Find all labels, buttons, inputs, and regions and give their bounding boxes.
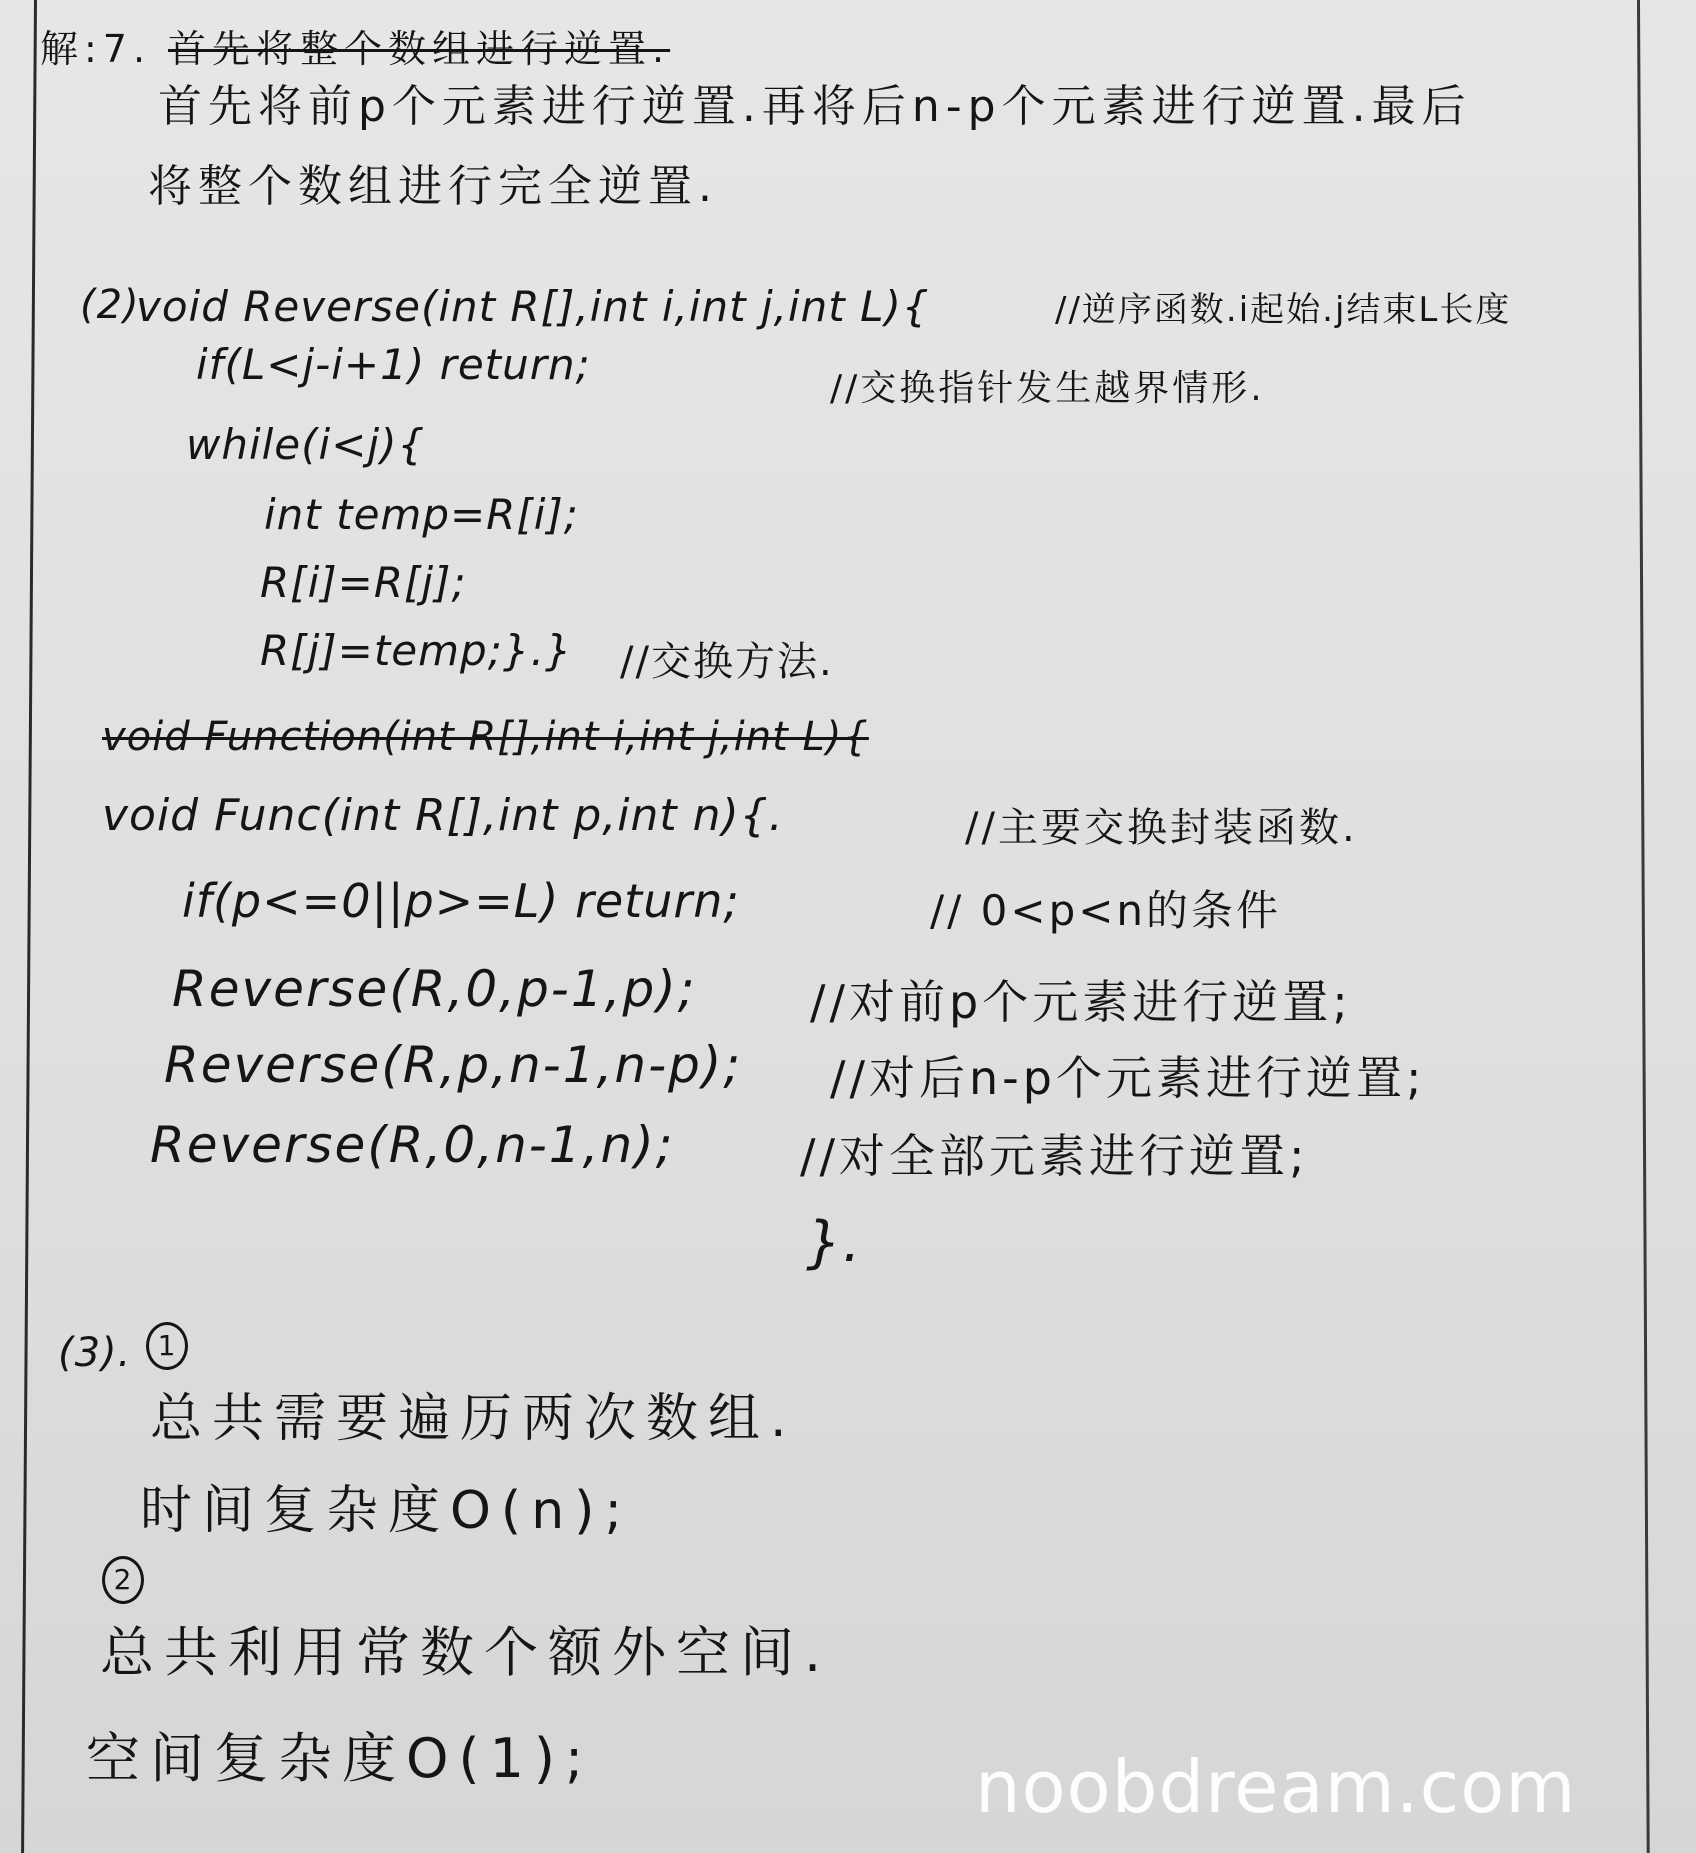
circled-number-1: 1 xyxy=(146,1322,188,1370)
bounds-check-comment: //交换指针发生越界情形. xyxy=(830,360,1265,411)
part1-explanation: 总共需要遍历两次数组. xyxy=(150,1376,797,1451)
part2-marker: 2 xyxy=(102,1556,144,1604)
part2-explanation: 总共利用常数个额外空间. xyxy=(100,1610,831,1687)
circled-number-2: 2 xyxy=(102,1556,144,1604)
q2-label: (2) xyxy=(80,282,140,328)
site-watermark: noobdream.com xyxy=(975,1745,1576,1829)
func-bounds-check: if(p<=0||p>=L) return; xyxy=(182,874,740,928)
reverse-call-first-p: Reverse(R,0,p-1,p); xyxy=(172,960,697,1018)
func-signature: void Func(int R[],int p,int n){. xyxy=(102,790,784,841)
answer-label: 解:7. xyxy=(40,18,151,73)
reverse-call-all-comment: //对全部元素进行逆置; xyxy=(800,1120,1309,1186)
while-loop-line: while(i<j){ xyxy=(186,420,425,469)
part1-marker: 1 xyxy=(146,1322,188,1370)
swap-assign-line: R[i]=R[j]; xyxy=(260,558,467,607)
explanation-line-2: 将整个数组进行完全逆置. xyxy=(148,150,718,214)
reverse-call-all: Reverse(R,0,n-1,n); xyxy=(150,1116,675,1174)
closing-brace: }. xyxy=(806,1210,861,1275)
struck-function-signature: void Function(int R[],int i,int j,int L)… xyxy=(102,714,869,760)
swap-temp-line: int temp=R[i]; xyxy=(264,490,579,539)
space-complexity: 空间复杂度O(1); xyxy=(86,1716,593,1793)
reverse-signature-comment: //逆序函数.i起始.j结束L长度 xyxy=(1055,282,1511,331)
q3-label: (3). xyxy=(58,1330,131,1376)
reverse-call-last-np: Reverse(R,p,n-1,n-p); xyxy=(164,1036,742,1094)
func-bounds-comment: // 0<p<n的条件 xyxy=(930,878,1281,938)
time-complexity: 时间复杂度O(n); xyxy=(140,1468,632,1543)
explanation-line-1: 首先将前p个元素进行逆置.再将后n-p个元素进行逆置.最后 xyxy=(158,70,1472,134)
swap-comment: //交换方法. xyxy=(620,630,834,687)
reverse-call-first-p-comment: //对前p个元素进行逆置; xyxy=(810,966,1352,1032)
reverse-function-signature: void Reverse(int R[],int i,int j,int L){ xyxy=(136,282,930,331)
reverse-call-last-np-comment: //对后n-p个元素进行逆置; xyxy=(830,1042,1425,1108)
func-signature-comment: //主要交换封装函数. xyxy=(965,796,1358,853)
bounds-check-line: if(L<j-i+1) return; xyxy=(196,340,591,389)
struck-out-sentence: 首先将整个数组进行逆置. xyxy=(168,18,670,73)
swap-restore-line: R[j]=temp;}.} xyxy=(260,626,573,675)
